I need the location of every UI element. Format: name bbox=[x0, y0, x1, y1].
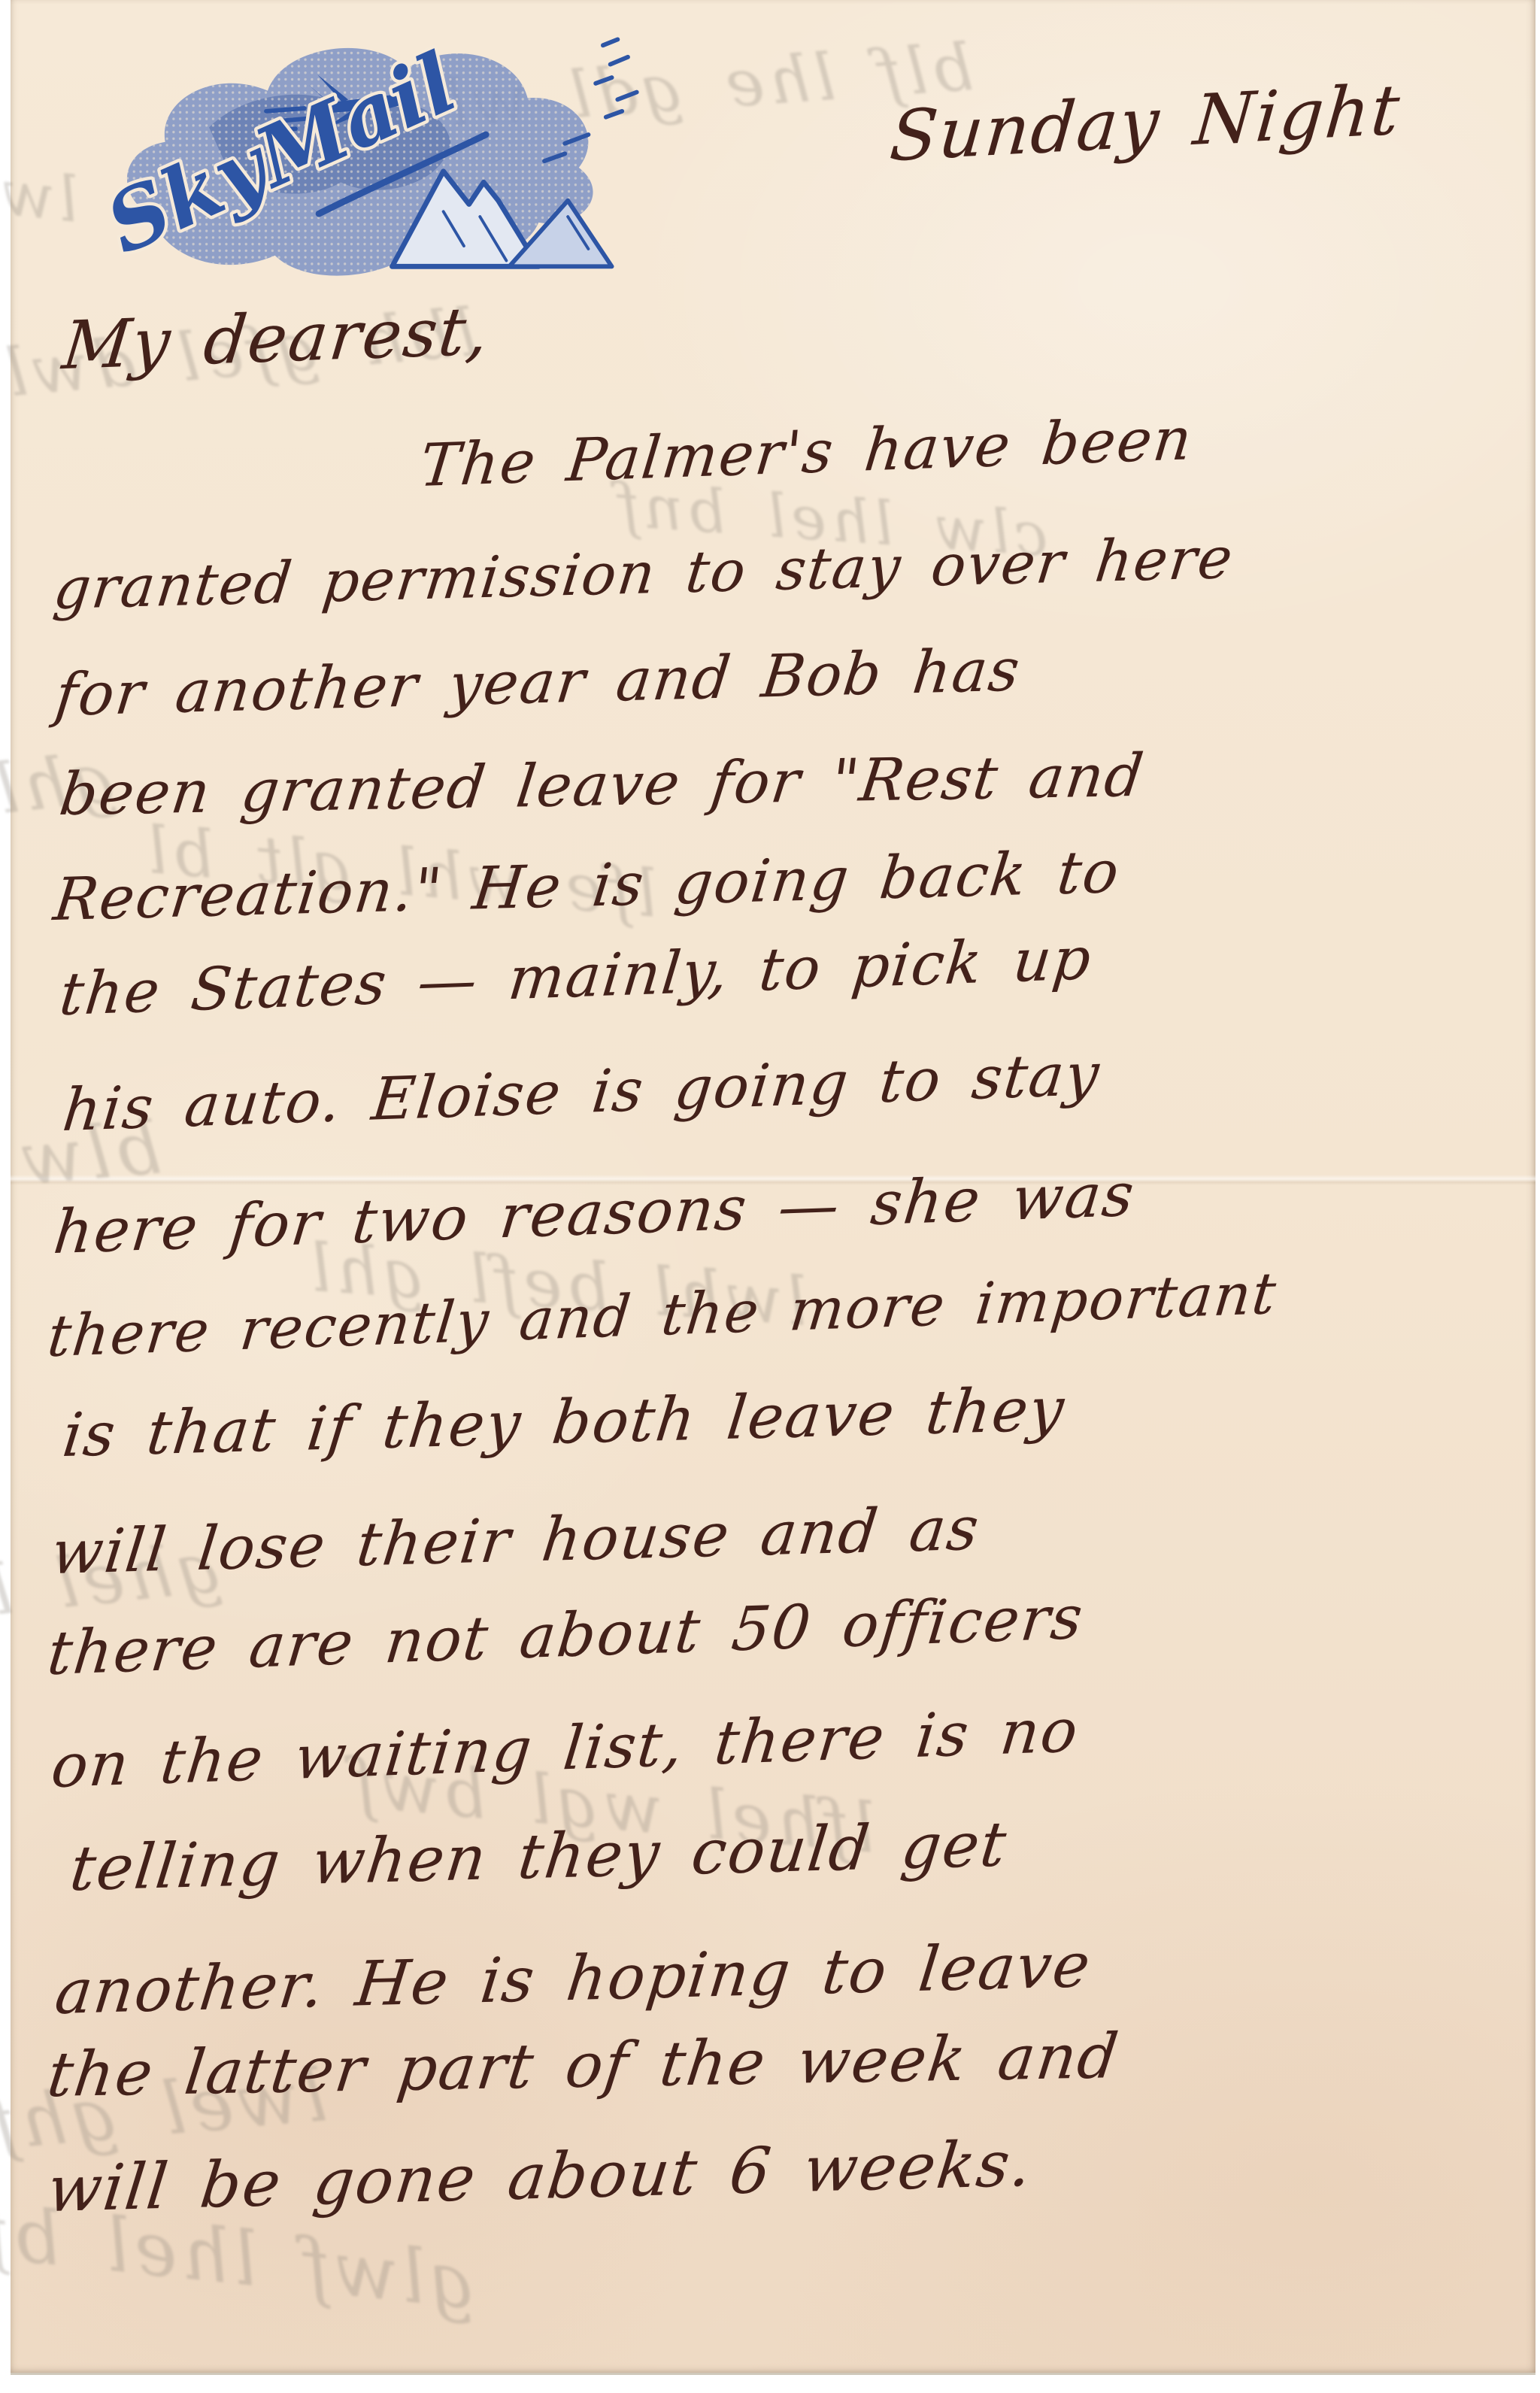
letter-salutation: My dearest, bbox=[59, 292, 494, 384]
letter-body-line: for another year and Bob has bbox=[52, 636, 1024, 729]
letter-body-line: is that if they both leave they bbox=[59, 1374, 1069, 1470]
letter-body-line: the States — mainly, to pick up bbox=[56, 925, 1095, 1029]
paper-bottom-edge bbox=[11, 2373, 1535, 2375]
letter-body-line: the latter part of the week and bbox=[44, 2021, 1123, 2111]
letter-body-line: telling when they could get bbox=[67, 1809, 1011, 1905]
letter-body-line: another. He is hoping to leave bbox=[52, 1930, 1096, 2028]
letter-body-line: been granted leave for "Rest and bbox=[56, 742, 1147, 829]
letter-body-line: The Palmer's have been bbox=[417, 405, 1196, 500]
letter-page: blf lhe gdl wl lwe hlf gbel lbh gfel dwl… bbox=[11, 0, 1535, 2373]
skymail-logo: SkyMail bbox=[99, 21, 656, 307]
letter-body-line: will lose their house and as bbox=[48, 1494, 984, 1588]
ink-bleedthrough-line: lwe hlf gbel bbox=[0, 119, 82, 237]
letter-body-line: his auto. Eloise is going to stay bbox=[59, 1041, 1103, 1145]
